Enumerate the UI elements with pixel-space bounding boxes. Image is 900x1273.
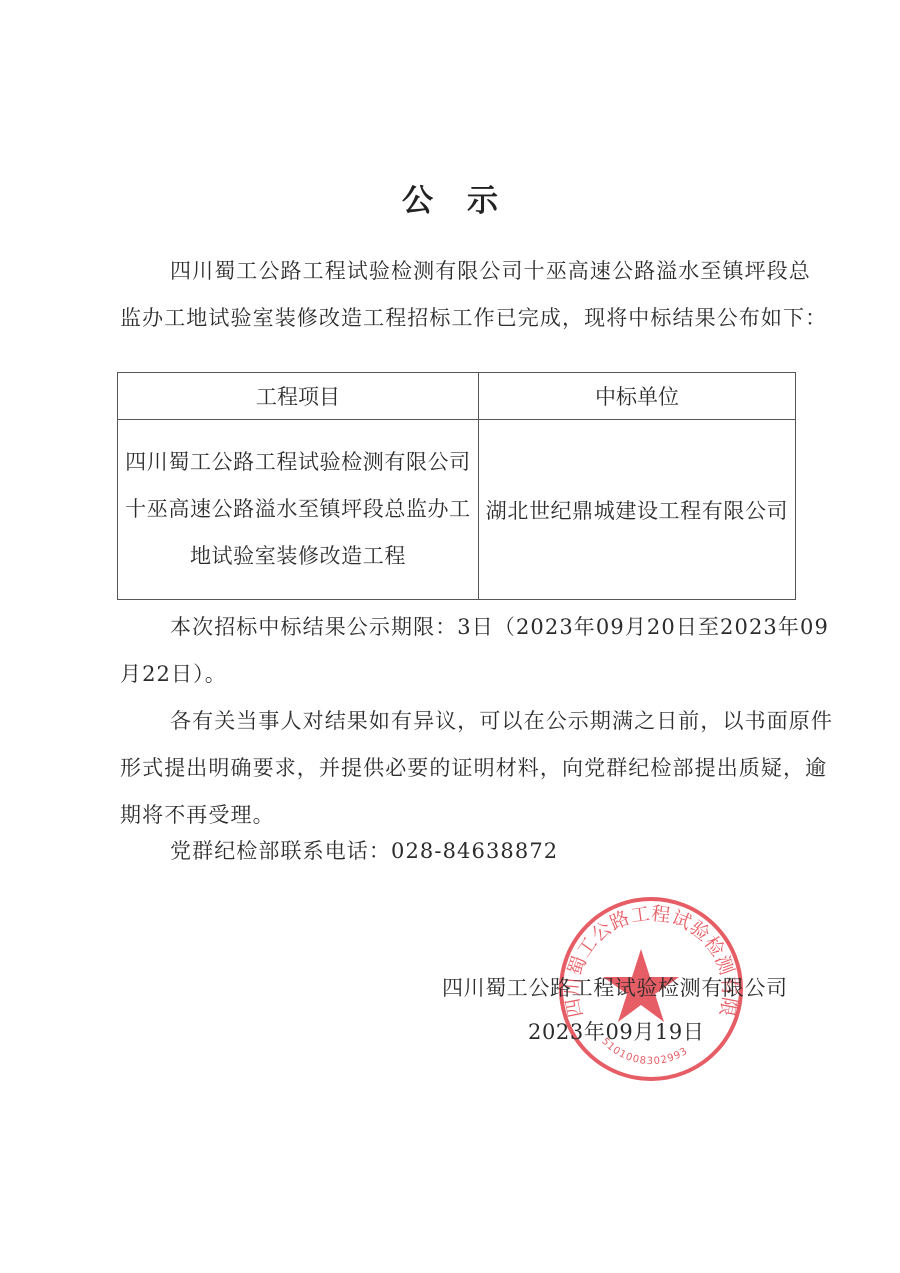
- project-line-1: 四川蜀工公路工程试验检测有限公司: [118, 439, 478, 486]
- notice-page: 公示 四川蜀工公路工程试验检测有限公司十巫高速公路溢水至镇坪段总 监办工地试验室…: [0, 0, 900, 1273]
- signature-company: 四川蜀工公路工程试验检测有限公司: [442, 972, 788, 1002]
- header-winner: 中标单位: [478, 373, 795, 420]
- objection-line-2: 形式提出明确要求，并提供必要的证明材料，向党群纪检部提出质疑，逾: [120, 745, 798, 792]
- intro-paragraph: 四川蜀工公路工程试验检测有限公司十巫高速公路溢水至镇坪段总 监办工地试验室装修改…: [120, 248, 798, 342]
- project-line-2: 十巫高速公路溢水至镇坪段总监办工: [118, 486, 478, 533]
- period-line-1: 本次招标中标结果公示期限：3日（2023年09月20日至2023年09: [120, 604, 798, 651]
- objection-line-1: 各有关当事人对结果如有异议，可以在公示期满之日前，以书面原件: [120, 698, 798, 745]
- table-header-row: 工程项目 中标单位: [118, 373, 796, 420]
- contact-line: 党群纪检部联系电话：028-84638872: [120, 828, 798, 875]
- project-line-3: 地试验室装修改造工程: [118, 533, 478, 580]
- contact-paragraph: 党群纪检部联系电话：028-84638872: [120, 828, 798, 875]
- intro-line-2: 监办工地试验室装修改造工程招标工作已完成，现将中标结果公布如下：: [120, 295, 798, 342]
- title-char-1: 公: [402, 183, 467, 219]
- title-char-2: 示: [467, 183, 532, 219]
- page-title: 公示: [0, 175, 900, 220]
- intro-line-1: 四川蜀工公路工程试验检测有限公司十巫高速公路溢水至镇坪段总: [120, 248, 798, 295]
- period-line-2: 月22日）。: [120, 651, 798, 698]
- signature-date: 2023年09月19日: [528, 1016, 705, 1046]
- period-paragraph: 本次招标中标结果公示期限：3日（2023年09月20日至2023年09 月22日…: [120, 604, 798, 698]
- project-cell: 四川蜀工公路工程试验检测有限公司 十巫高速公路溢水至镇坪段总监办工 地试验室装修…: [118, 420, 479, 600]
- winner-cell: 湖北世纪鼎城建设工程有限公司: [478, 420, 795, 600]
- header-project: 工程项目: [118, 373, 479, 420]
- table-row: 四川蜀工公路工程试验检测有限公司 十巫高速公路溢水至镇坪段总监办工 地试验室装修…: [118, 420, 796, 600]
- bid-result-table: 工程项目 中标单位 四川蜀工公路工程试验检测有限公司 十巫高速公路溢水至镇坪段总…: [117, 372, 796, 600]
- objection-paragraph: 各有关当事人对结果如有异议，可以在公示期满之日前，以书面原件 形式提出明确要求，…: [120, 698, 798, 839]
